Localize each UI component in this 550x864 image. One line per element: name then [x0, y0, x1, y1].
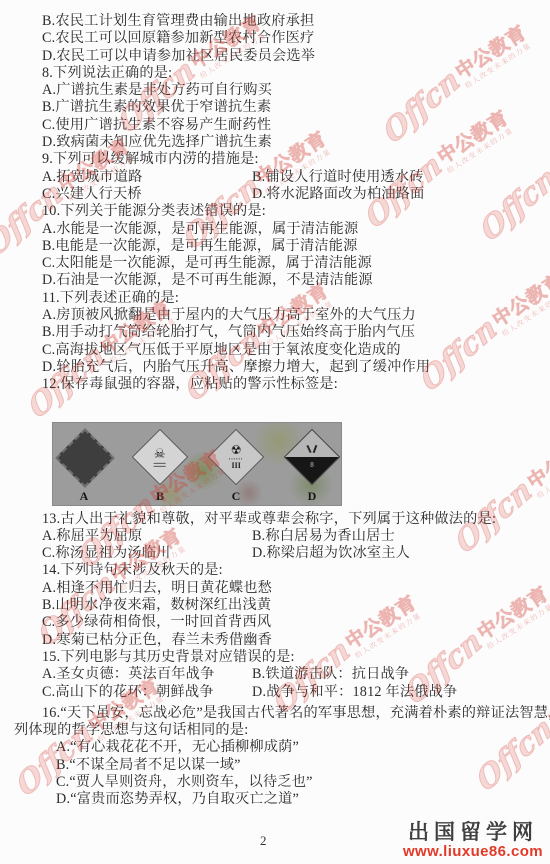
hazard-figure-background: ☠ ☢ ▪▪▪▪▪▪ III 8: [52, 422, 342, 506]
text-line: 12.保存毒鼠强的容器，应粘贴的警示性标签是:: [0, 376, 550, 393]
text-line: A.相逢不用忙归去，明日黄花蝶也愁: [0, 580, 550, 597]
text-line: A.广谱抗生素是非处方药可自行购买: [0, 82, 550, 99]
text-line: B.“不谋全局者不足以谋一域”: [0, 757, 550, 774]
text-line: D.轮胎充气后，内胎气压升高、摩擦力增大，起到了缓冲作用: [0, 359, 550, 376]
hazard-diamond-radioactive: ☢ ▪▪▪▪▪▪ III: [208, 428, 265, 485]
text-line: B.电能是一次能源，是可再生能源，属于清洁能源: [0, 238, 550, 255]
text-line: C.“贾人旱则资舟，水则资车，以待乏也”: [0, 774, 550, 791]
option-right: D.将水泥路面改为柏油路面: [252, 186, 424, 203]
text-line: C.多少绿荷相倚恨，一时回首背西风: [0, 614, 550, 631]
text-line: 16.“天下虽安，忘战必危”是我国古代著名的军事思想，充满着朴素的辩证法智慧，下: [0, 705, 550, 722]
radiation-trefoil-icon: ☢: [231, 444, 242, 456]
option-left: C.称汤显祖为汤临川: [42, 545, 171, 561]
option-columns-line: C.称汤显祖为汤临川D.称梁启超为饮冰室主人: [0, 545, 550, 562]
text-line: 9.下列可以缓解城市内涝的措施是:: [0, 151, 550, 168]
text-line: A.水能是一次能源，是可再生能源，属于清洁能源: [0, 221, 550, 238]
text-line: 13.古人出于礼貌和尊敬，对平辈或尊辈会称字，下列属于这种做法的是:: [0, 511, 550, 528]
text-line: C.农民工可以回原籍参加新型农村合作医疗: [0, 30, 550, 47]
option-columns-line: A.称屈平为屈原B.称白居易为香山居士: [0, 528, 550, 545]
option-right: B.铺设人行道时使用透水砖: [252, 169, 424, 186]
test-tubes-icon: [308, 445, 316, 453]
option-left: A.圣女贞德：英法百年战争: [42, 666, 214, 682]
option-columns-line: A.拓宽城市道路B.铺设人行道时使用透水砖: [0, 169, 550, 186]
figure-label-c: C: [232, 489, 241, 504]
text-line: B.农民工计划生育管理费由输出地政府承担: [0, 13, 550, 30]
text-line: C.太阳能是一次能源，是可再生能源，属于清洁能源: [0, 255, 550, 272]
radioactive-class-text: III: [231, 462, 240, 470]
text-line: A.房顶被风掀翻是由于屋内的大气压力高于室外的大气压力: [0, 307, 550, 324]
document-lines: B.农民工计划生育管理费由输出地政府承担C.农民工可以回原籍参加新型农村合作医疗…: [0, 13, 550, 809]
text-line: D.石油是一次能源，是不可再生能源，不是清洁能源: [0, 272, 550, 289]
text-line: C.高海拔地区气压低于平原地区是由于氧浓度变化造成的: [0, 342, 550, 359]
label-text-bar: [154, 462, 166, 463]
option-right: D.战争与和平：1812 年法俄战争: [252, 684, 457, 701]
text-line: D.寒菊已枯分正色，春兰未秀借幽香: [0, 632, 550, 649]
hazard-diamond-toxic: ☠: [132, 428, 189, 485]
text-line: D.农民工可以申请参加社区居民委员会选举: [0, 48, 550, 65]
hazard-diamond-solid: [55, 428, 114, 487]
hazard-labels-figure: ☠ ☢ ▪▪▪▪▪▪ III 8: [52, 422, 342, 506]
label-text-bar: [154, 465, 166, 466]
figure-label-d: D: [308, 489, 317, 504]
label-text-dots: ▪▪▪▪▪▪: [229, 457, 244, 461]
text-line: B.广谱抗生素的效果优于窄谱抗生素: [0, 99, 550, 116]
site-name: 出国留学网: [403, 821, 543, 844]
hazard-diamond-corrosive: 8: [284, 428, 341, 485]
option-left: A.拓宽城市道路: [42, 169, 143, 185]
text-line: B.山明水净夜来霜，数树深红出浅黄: [0, 597, 550, 614]
text-line: B.用手动打气筒给轮胎打气，气筒内气压始终高于胎内气压: [0, 324, 550, 341]
text-line: 14.下列诗句未涉及秋天的是:: [0, 562, 550, 579]
scanned-exam-page: B.农民工计划生育管理费由输出地政府承担C.农民工可以回原籍参加新型农村合作医疗…: [0, 0, 550, 864]
text-line: 列体现的哲学思想与这句话相同的是:: [0, 722, 550, 739]
option-left: A.称屈平为屈原: [42, 528, 143, 544]
text-line: 11.下列表述正确的是:: [0, 290, 550, 307]
text-line: 15.下列电影与其历史背景对应错误的是:: [0, 649, 550, 666]
footer-brand: 出国留学网 www.liuxue86.com: [403, 821, 543, 859]
option-right: D.称梁启超为饮冰室主人: [252, 545, 410, 562]
option-columns-line: C.兴建人行天桥D.将水泥路面改为柏油路面: [0, 186, 550, 203]
skull-crossbones-icon: ☠: [154, 447, 166, 460]
option-right: B.称白居易为香山居士: [252, 528, 395, 545]
figure-label-b: B: [156, 489, 164, 504]
text-line: D.“富贵而恣势弄权，乃自取灭亡之道”: [0, 791, 550, 808]
text-line: 10.下列关于能源分类表述错误的是:: [0, 203, 550, 220]
page-number: 2: [260, 833, 267, 849]
text-line: A.“有心栽花花不开，无心插柳柳成荫”: [0, 739, 550, 756]
option-columns-line: A.圣女贞德：英法百年战争B.铁道游击队：抗日战争: [0, 666, 550, 683]
option-right: B.铁道游击队：抗日战争: [252, 666, 409, 683]
option-columns-line: C.高山下的花环：朝鲜战争D.战争与和平：1812 年法俄战争: [0, 684, 550, 701]
class-number-mark: 8: [310, 462, 314, 469]
text-line: 8.下列说法正确的是:: [0, 65, 550, 82]
figure-label-a: A: [80, 489, 89, 504]
option-left: C.高山下的花环：朝鲜战争: [42, 684, 214, 700]
text-line: C.使用广谱抗生素不容易产生耐药性: [0, 117, 550, 134]
option-left: C.兴建人行天桥: [42, 186, 142, 202]
text-line: D.致病菌未知应优先选择广谱抗生素: [0, 134, 550, 151]
site-url: www.liuxue86.com: [403, 844, 543, 859]
